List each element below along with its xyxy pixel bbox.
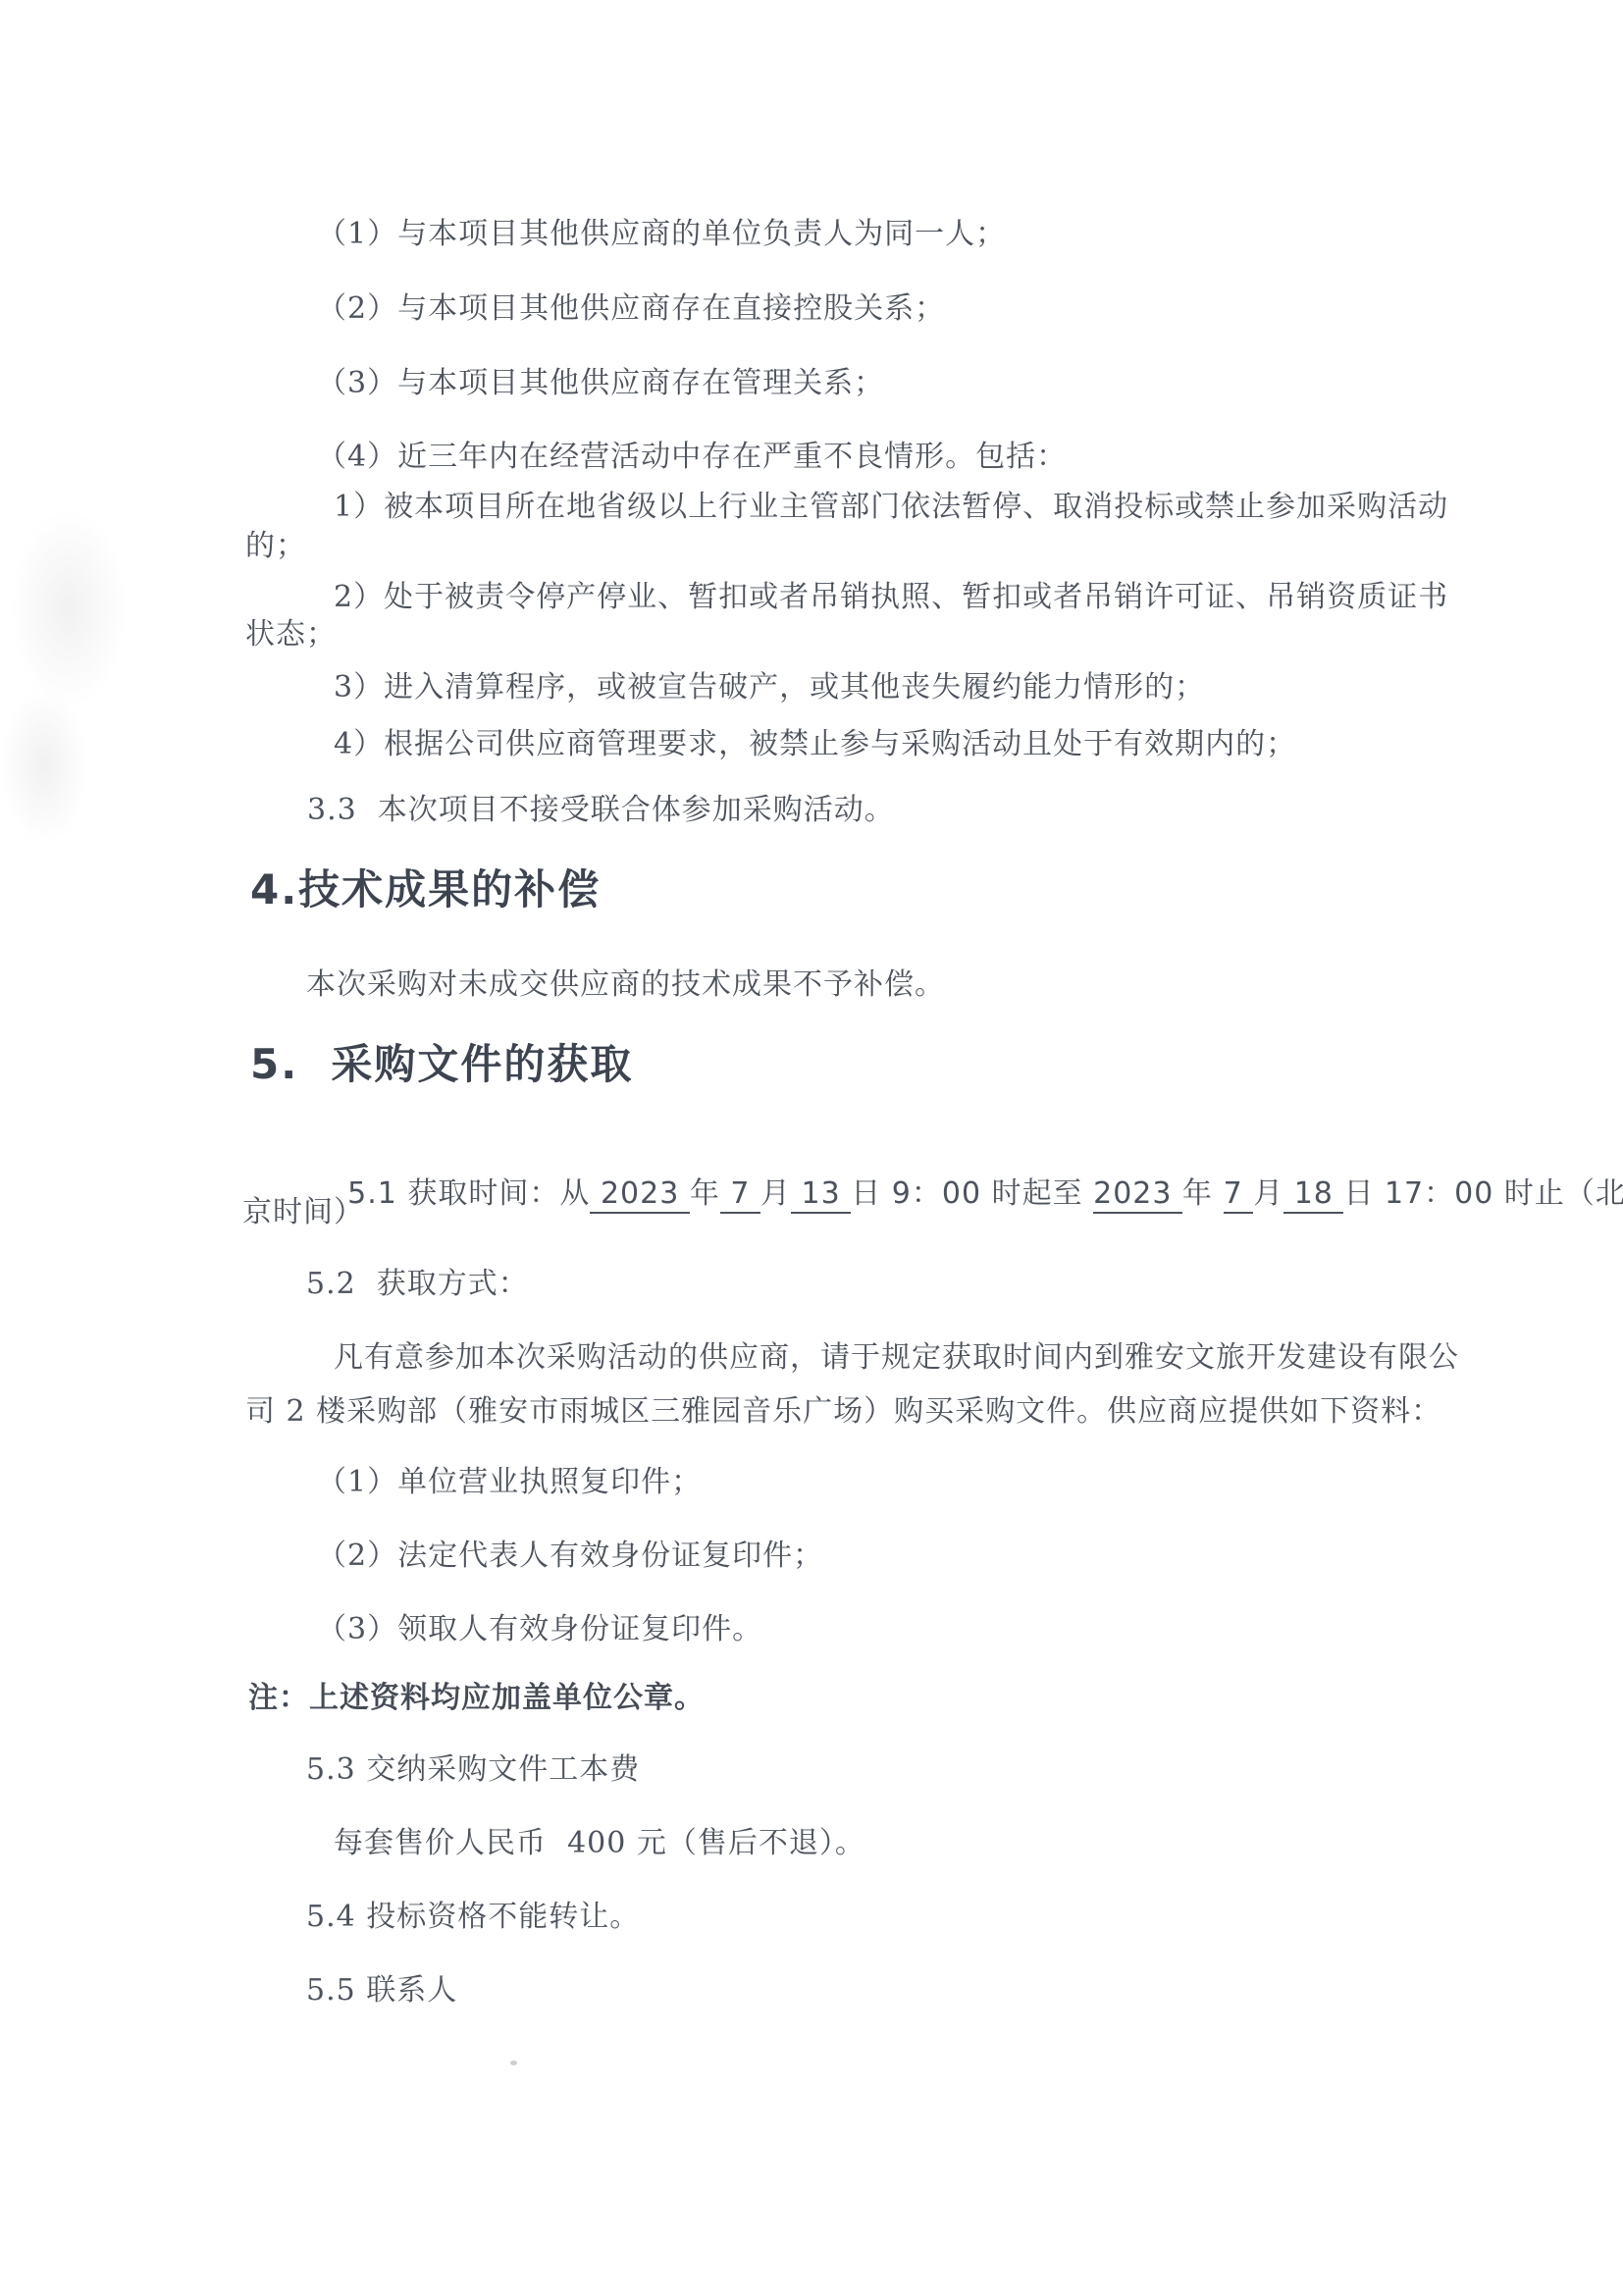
note-line: 注：上述资料均应加盖单位公章。 xyxy=(248,1682,705,1716)
clause-5-5: 5.5 联系人 xyxy=(306,1974,457,2009)
scan-smudge xyxy=(10,510,128,706)
clause-5-3-body: 每套售价人民币 400 元（售后不退）。 xyxy=(334,1827,865,1861)
s51-day-to: 18 xyxy=(1283,1176,1343,1214)
section-5-heading: 5. 采购文件的获取 xyxy=(250,1042,633,1087)
clause-5-1-line-1: 5.1 获取时间：从 2023 年 7 月 13 日 9：00 时起至 2023… xyxy=(306,1143,1623,1245)
clause-4: （4）近三年内在经营活动中存在严重不良情形。包括： xyxy=(317,441,1067,475)
s51-text: 月 xyxy=(1253,1176,1283,1211)
clause-5-2-body-line-1: 凡有意参加本次采购活动的供应商，请于规定获取时间内到雅安文旅开发建设有限公 xyxy=(334,1341,1459,1376)
s51-text: 年 xyxy=(1182,1176,1224,1211)
clause-5-3: 5.3 交纳采购文件工本费 xyxy=(306,1753,640,1788)
s51-text: 月 xyxy=(760,1176,791,1211)
clause-5-2-body-line-2: 司 2 楼采购部（雅安市雨城区三雅园音乐广场）购买采购文件。供应商应提供如下资料… xyxy=(245,1395,1441,1430)
s51-year-to: 2023 xyxy=(1093,1176,1182,1214)
clause-4-sub-2-line-1: 2）处于被责令停产停业、暂扣或者吊销执照、暂扣或者吊销许可证、吊销资质证书 xyxy=(334,581,1448,615)
document-page: （1）与本项目其他供应商的单位负责人为同一人； （2）与本项目其他供应商存在直接… xyxy=(0,0,1623,2296)
clause-2: （2）与本项目其他供应商存在直接控股关系； xyxy=(317,292,945,327)
scan-speck xyxy=(510,2061,517,2065)
clause-3: （3）与本项目其他供应商存在管理关系； xyxy=(317,367,884,401)
document-item-2: （2）法定代表人有效身份证复印件； xyxy=(317,1539,823,1574)
s51-text: 日 17：00 时止（北 xyxy=(1343,1176,1623,1211)
clause-1: （1）与本项目其他供应商的单位负责人为同一人； xyxy=(317,218,1006,252)
s51-month-to: 7 xyxy=(1224,1176,1254,1214)
s51-year-from: 2023 xyxy=(590,1176,689,1214)
section-4-body: 本次采购对未成交供应商的技术成果不予补偿。 xyxy=(306,968,945,1003)
scan-smudge xyxy=(0,687,88,844)
clause-3-3: 3.3 本次项目不接受联合体参加采购活动。 xyxy=(307,794,895,828)
clause-4-sub-2-line-2: 状态； xyxy=(245,618,337,652)
s51-day-from: 13 xyxy=(791,1176,851,1214)
clause-4-sub-3: 3）进入清算程序，或被宣告破产，或其他丧失履约能力情形的； xyxy=(334,671,1205,705)
clause-4-sub-4: 4）根据公司供应商管理要求，被禁止参与采购活动且处于有效期内的； xyxy=(334,728,1296,762)
s51-text: 年 xyxy=(690,1176,720,1211)
clause-5-2: 5.2 获取方式： xyxy=(306,1268,529,1302)
clause-5-1-line-2: 京时间） xyxy=(242,1196,364,1230)
clause-4-sub-1-line-2: 的； xyxy=(245,530,306,564)
s51-month-from: 7 xyxy=(720,1176,760,1214)
clause-5-4: 5.4 投标资格不能转让。 xyxy=(306,1901,640,1935)
s51-text: 日 9：00 时起至 xyxy=(851,1176,1093,1211)
document-item-1: （1）单位营业执照复印件； xyxy=(317,1466,702,1500)
clause-4-sub-1-line-1: 1）被本项目所在地省级以上行业主管部门依法暂停、取消投标或禁止参加采购活动 xyxy=(334,491,1448,525)
document-item-3: （3）领取人有效身份证复印件。 xyxy=(317,1613,762,1647)
section-4-heading: 4.技术成果的补偿 xyxy=(250,867,601,913)
s51-text: 5.1 获取时间：从 xyxy=(347,1176,590,1211)
